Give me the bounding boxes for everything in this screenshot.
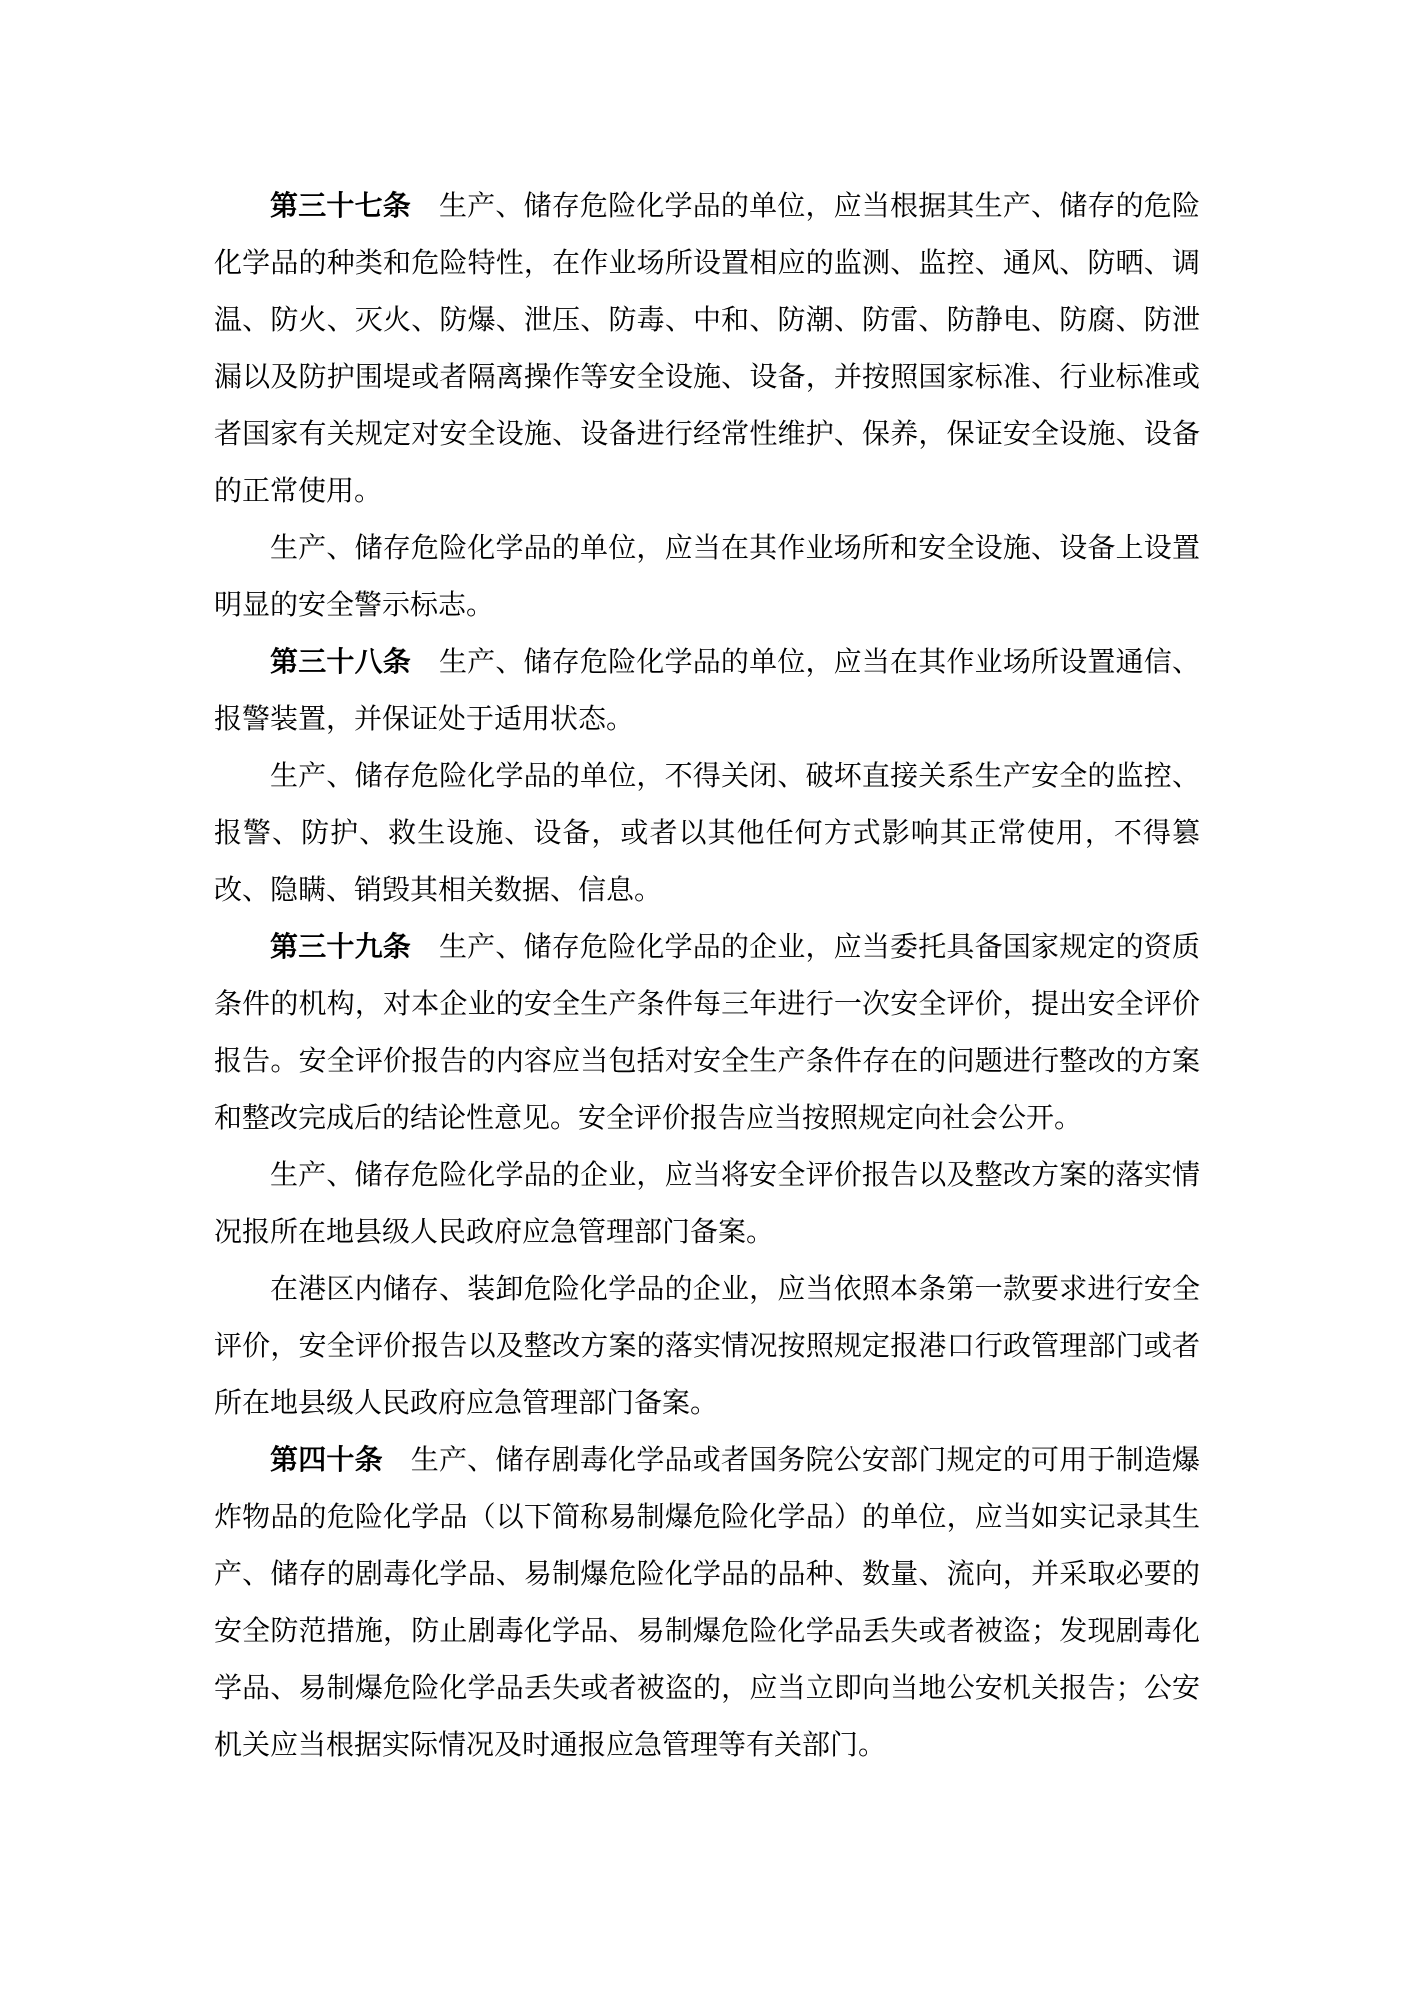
document-body: 第三十七条生产、储存危险化学品的单位，应当根据其生产、储存的危险化学品的种类和危… (214, 178, 1200, 1774)
paragraph: 在港区内储存、装卸危险化学品的企业，应当依照本条第一款要求进行安全评价，安全评价… (214, 1261, 1200, 1432)
paragraph-text: 生产、储存危险化学品的单位，不得关闭、破坏直接关系生产安全的监控、报警、防护、救… (214, 761, 1200, 906)
document-page: 第三十七条生产、储存危险化学品的单位，应当根据其生产、储存的危险化学品的种类和危… (0, 0, 1414, 2000)
article-number: 第三十八条 (270, 647, 411, 678)
article-paragraph: 第三十九条生产、储存危险化学品的企业，应当委托具备国家规定的资质条件的机构，对本… (214, 919, 1200, 1147)
paragraph: 生产、储存危险化学品的单位，应当在其作业场所和安全设施、设备上设置明显的安全警示… (214, 520, 1200, 634)
paragraph-text: 生产、储存剧毒化学品或者国务院公安部门规定的可用于制造爆炸物品的危险化学品（以下… (214, 1445, 1200, 1761)
article-number: 第四十条 (270, 1445, 383, 1476)
paragraph-text: 生产、储存危险化学品的企业，应当将安全评价报告以及整改方案的落实情况报所在地县级… (214, 1160, 1200, 1248)
paragraph-text: 生产、储存危险化学品的单位，应当在其作业场所和安全设施、设备上设置明显的安全警示… (214, 533, 1200, 621)
article-number: 第三十九条 (270, 932, 411, 963)
paragraph: 生产、储存危险化学品的企业，应当将安全评价报告以及整改方案的落实情况报所在地县级… (214, 1147, 1200, 1261)
paragraph: 生产、储存危险化学品的单位，不得关闭、破坏直接关系生产安全的监控、报警、防护、救… (214, 748, 1200, 919)
article-number: 第三十七条 (270, 191, 411, 222)
article-paragraph: 第三十八条生产、储存危险化学品的单位，应当在其作业场所设置通信、报警装置，并保证… (214, 634, 1200, 748)
article-paragraph: 第三十七条生产、储存危险化学品的单位，应当根据其生产、储存的危险化学品的种类和危… (214, 178, 1200, 520)
paragraph-text: 生产、储存危险化学品的单位，应当根据其生产、储存的危险化学品的种类和危险特性，在… (214, 191, 1200, 507)
paragraph-text: 在港区内储存、装卸危险化学品的企业，应当依照本条第一款要求进行安全评价，安全评价… (214, 1274, 1200, 1419)
article-paragraph: 第四十条生产、储存剧毒化学品或者国务院公安部门规定的可用于制造爆炸物品的危险化学… (214, 1432, 1200, 1774)
